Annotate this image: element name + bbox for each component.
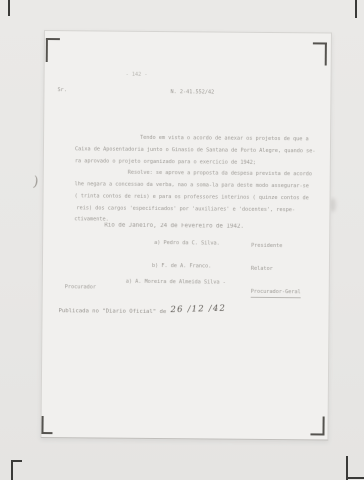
- dateline: Rio de Janeiro, 24 de Fevereiro de 1942.: [104, 223, 244, 231]
- body-line: lhe negara a concessao da verba, nao a s…: [75, 181, 309, 190]
- signature-title: Relator: [251, 266, 273, 273]
- signature-name: a) Pedro da C. Silva.: [154, 240, 220, 248]
- body-line: reis) dos cargos 'especificados' por 'au…: [76, 205, 295, 214]
- addressee-label: Sr.: [57, 87, 66, 94]
- photographed-document-scan: { "document": { "page_heading": "- 142 -…: [0, 0, 364, 480]
- crop-mark-bottom-left-arm: [11, 460, 22, 462]
- signature-title: Procurador-Geral: [251, 289, 301, 298]
- body-line: Tendo em vista o acordo de anexar os pro…: [140, 135, 309, 143]
- publication-note: Publicada no "Diario Oficial" de26 /12 /…: [59, 307, 226, 316]
- signature-subtitle: Procurador: [65, 284, 96, 291]
- signature-name: b) F. de A. Franco.: [152, 263, 211, 271]
- crop-mark-bottom-left: [11, 460, 13, 480]
- page-corner-mark-top-right: [325, 42, 327, 65]
- smudge-mark: [330, 198, 336, 212]
- body-line: ra aprovado o projeto organizado para o …: [75, 158, 256, 167]
- body-line: ( trinta contos de reis) e para os profe…: [75, 193, 309, 202]
- page-corner-mark-top-left: [46, 38, 60, 40]
- document-page: - 142 - Sr. N. 2-41.552/42 Tendo em vist…: [40, 30, 332, 440]
- process-number: N. 2-41.552/42: [170, 89, 214, 96]
- crop-mark-top-right: [355, 0, 357, 18]
- signature-title: Presidente: [251, 243, 282, 250]
- signature-name: a) A. Moreira de Almeida Silva -: [126, 279, 226, 287]
- page-corner-mark-bottom-left: [41, 432, 52, 434]
- body-line: Resolve: se aprove a proposta da despesa…: [128, 170, 312, 179]
- crop-mark-bottom-right-arm: [346, 477, 364, 479]
- publication-note-text: Publicada no "Diario Oficial" de: [59, 308, 167, 315]
- body-line: Caixa de Aposentadoria junto o Ginasio d…: [75, 146, 316, 155]
- handwritten-margin-mark: ): [32, 174, 40, 191]
- page-corner-mark-bottom-right: [310, 433, 324, 435]
- page-number-heading: - 142 -: [126, 72, 148, 79]
- handwritten-publication-date: 26 /12 /42: [170, 306, 226, 314]
- crop-mark-top-left: [8, 0, 10, 16]
- page-corner-mark-top-left: [46, 38, 48, 62]
